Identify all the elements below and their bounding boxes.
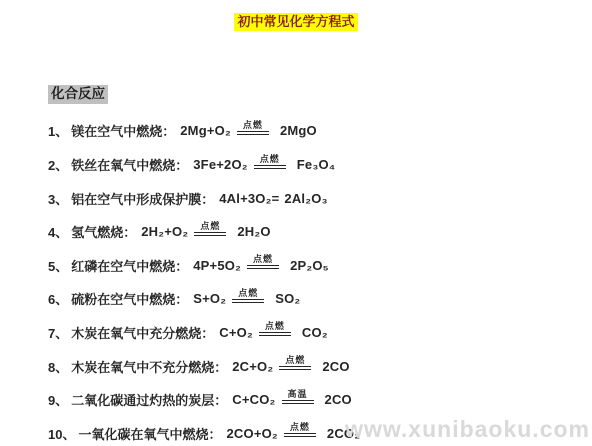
section-heading-row: 化合反应 xyxy=(48,85,592,104)
double-line-equals xyxy=(194,232,226,236)
equation-number: 4、 xyxy=(48,222,68,241)
equation-row: 2、 铁丝在氧气中燃烧： 3Fe+2O₂ 点燃 Fe₃O₄ xyxy=(0,148,592,182)
reaction-condition: 点燃 xyxy=(279,356,311,370)
equation-number: 8、 xyxy=(48,357,68,376)
equation-row: 7、 木炭在氧气中充分燃烧： C+O₂ 点燃 CO₂ xyxy=(0,316,592,350)
watermark: www.xunibaoku.com xyxy=(345,416,590,443)
equation-products: 2Al₂O₃ xyxy=(284,191,327,206)
double-line-equals xyxy=(279,366,311,370)
equation-products: Fe₃O₄ xyxy=(297,157,336,172)
page-title: 初中常见化学方程式 xyxy=(234,13,357,31)
reaction-condition: 高温 xyxy=(282,390,314,404)
reaction-condition-label: 点燃 xyxy=(243,121,263,130)
double-line-equals xyxy=(254,165,286,169)
document-page: 初中常见化学方程式 化合反应 1、 镁在空气中燃烧： 2Mg+O₂ 点燃 2Mg… xyxy=(0,0,592,446)
reaction-condition: 点燃 xyxy=(232,289,264,303)
equation-description: 一氧化碳在氧气中燃烧： xyxy=(78,424,221,443)
equation-reactants: 2H₂+O₂ xyxy=(141,224,188,239)
double-line-equals xyxy=(284,433,316,437)
equation-reactants: 4Al+3O₂= xyxy=(219,191,279,206)
equation-description: 木炭在氧气中充分燃烧： xyxy=(71,323,214,342)
equation-products: CO₂ xyxy=(302,325,328,340)
reaction-condition: 点燃 xyxy=(247,255,279,269)
equation-reactants: 3Fe+2O₂ xyxy=(193,157,248,172)
equation-number: 1、 xyxy=(48,121,68,140)
equation-row: 6、 硫粉在空气中燃烧： S+O₂ 点燃 SO₂ xyxy=(0,282,592,316)
title-row: 初中常见化学方程式 xyxy=(0,0,592,31)
double-line-equals xyxy=(247,265,279,269)
equation-description: 铝在空气中形成保护膜： xyxy=(71,189,214,208)
equation-description: 二氧化碳通过灼热的炭层： xyxy=(71,390,227,409)
equation-reactants: C+CO₂ xyxy=(232,392,275,407)
double-line-equals xyxy=(237,131,269,135)
equation-reactants: 4P+5O₂ xyxy=(193,258,241,273)
equation-row: 9、 二氧化碳通过灼热的炭层： C+CO₂ 高温 2CO xyxy=(0,383,592,417)
double-line-equals xyxy=(232,299,264,303)
equation-products: 2MgO xyxy=(280,123,317,138)
equation-reactants: 2CO+O₂ xyxy=(226,426,277,441)
equation-number: 6、 xyxy=(48,289,68,308)
equation-number: 2、 xyxy=(48,155,68,174)
equation-description: 氢气燃烧： xyxy=(71,222,136,241)
equation-reactants: C+O₂ xyxy=(219,325,253,340)
equation-number: 10、 xyxy=(48,424,75,443)
equation-row: 1、 镁在空气中燃烧： 2Mg+O₂ 点燃 2MgO xyxy=(0,114,592,148)
equation-row: 5、 红磷在空气中燃烧： 4P+5O₂ 点燃 2P₂O₅ xyxy=(0,249,592,283)
section-heading: 化合反应 xyxy=(48,85,108,104)
equation-reactants: 2C+O₂ xyxy=(232,359,273,374)
reaction-condition-label: 点燃 xyxy=(200,222,220,231)
equation-description: 镁在空气中燃烧： xyxy=(71,121,175,140)
equation-number: 9、 xyxy=(48,390,68,409)
equation-description: 硫粉在空气中燃烧： xyxy=(71,289,188,308)
double-line-equals xyxy=(259,332,291,336)
reaction-condition-label: 点燃 xyxy=(265,322,285,331)
equation-number: 3、 xyxy=(48,189,68,208)
equation-products: SO₂ xyxy=(275,291,300,306)
reaction-condition: 点燃 xyxy=(284,423,316,437)
equation-description: 红磷在空气中燃烧： xyxy=(71,256,188,275)
reaction-condition: 点燃 xyxy=(259,322,291,336)
equation-description: 铁丝在氧气中燃烧： xyxy=(71,155,188,174)
reaction-condition: 点燃 xyxy=(194,222,226,236)
equation-row: 3、 铝在空气中形成保护膜： 4Al+3O₂= 2Al₂O₃ xyxy=(0,181,592,215)
equation-products: 2CO xyxy=(322,359,349,374)
double-line-equals xyxy=(282,400,314,404)
reaction-condition: 点燃 xyxy=(254,155,286,169)
equation-description: 木炭在氧气中不充分燃烧： xyxy=(71,357,227,376)
equation-products: 2H₂O xyxy=(237,224,270,239)
equation-number: 7、 xyxy=(48,323,68,342)
reaction-condition: 点燃 xyxy=(237,121,269,135)
reaction-condition-label: 点燃 xyxy=(290,423,310,432)
equation-products: 2CO xyxy=(325,392,352,407)
reaction-condition-label: 点燃 xyxy=(238,289,258,298)
equation-row: 4、 氢气燃烧： 2H₂+O₂ 点燃 2H₂O xyxy=(0,215,592,249)
equation-list: 1、 镁在空气中燃烧： 2Mg+O₂ 点燃 2MgO 2、 铁丝在氧气中燃烧： … xyxy=(0,114,592,446)
reaction-condition-label: 点燃 xyxy=(285,356,305,365)
reaction-condition-label: 点燃 xyxy=(253,255,273,264)
equation-number: 5、 xyxy=(48,256,68,275)
equation-reactants: 2Mg+O₂ xyxy=(180,123,231,138)
reaction-condition-label: 点燃 xyxy=(260,155,280,164)
equation-reactants: S+O₂ xyxy=(193,291,226,306)
reaction-condition-label: 高温 xyxy=(288,390,308,399)
equation-products: 2P₂O₅ xyxy=(290,258,329,273)
equation-row: 8、 木炭在氧气中不充分燃烧： 2C+O₂ 点燃 2CO xyxy=(0,349,592,383)
